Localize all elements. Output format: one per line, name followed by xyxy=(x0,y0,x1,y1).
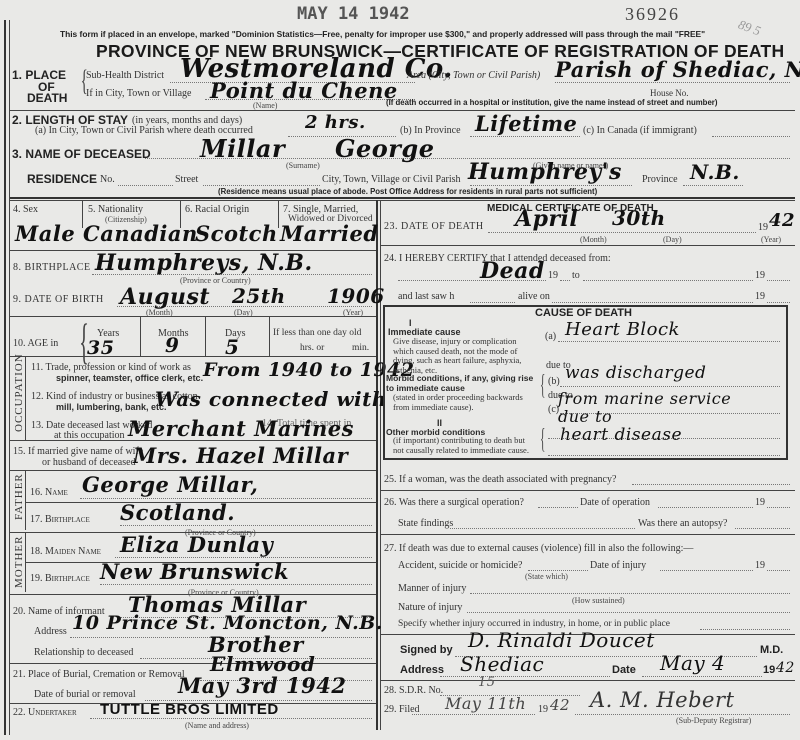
father-name-value: George Millar, xyxy=(82,472,258,497)
physician-address-label: Address xyxy=(400,664,444,676)
filed-date-value: May 11th xyxy=(445,694,526,713)
left-border-inner xyxy=(9,20,10,735)
pregnancy-question: 25. If a woman, was the death associated… xyxy=(384,474,616,485)
undertaker-caption: (Name and address) xyxy=(185,721,249,730)
mother-birthplace-label: 19. Birthplace xyxy=(30,573,90,584)
postal-notice: This form if placed in an envelope, mark… xyxy=(60,29,705,39)
morbid-label: Morbid conditions, if any, giving rise t… xyxy=(386,373,536,393)
operation-19: 19 xyxy=(755,497,765,508)
external-causes-question: 27. If death was due to external causes … xyxy=(384,543,693,554)
burial-place-label: 21. Place of Burial, Cremation or Remova… xyxy=(13,669,185,680)
dod-month-caption: (Month) xyxy=(580,235,607,244)
age-label: 10. AGE in xyxy=(13,338,58,349)
residence-province-value: N.B. xyxy=(690,160,740,184)
residence-city-value: Humphrey's xyxy=(468,159,622,185)
mother-maiden-label: 18. Maiden Name xyxy=(30,546,101,557)
name-of-deceased-label: 3. NAME OF DECEASED xyxy=(12,147,151,161)
birthplace-label: 8. BIRTHPLACE xyxy=(13,262,91,273)
birthplace-value: Humphreys, N.B. xyxy=(95,250,313,276)
surname-caption: (Surname) xyxy=(286,161,320,170)
dob-month: August xyxy=(120,284,210,310)
surgical-operation-question: 26. Was there a surgical operation? xyxy=(384,497,524,508)
nature-of-injury-label: Nature of injury xyxy=(398,602,462,613)
sex-label: 4. Sex xyxy=(13,204,38,215)
left-border xyxy=(4,20,6,735)
attended-19-a: 19 xyxy=(548,270,558,281)
signed-by-value: D. Rinaldi Doucet xyxy=(468,628,655,652)
received-stamp: MAY 14 1942 xyxy=(297,4,410,24)
md-label: M.D. xyxy=(760,644,783,656)
alive-on-19: 19 xyxy=(755,291,765,302)
signed-year: 42 xyxy=(776,660,795,676)
racial-origin-label: 6. Racial Origin xyxy=(185,204,249,215)
area-value: Parish of Shediac, N.B. xyxy=(555,57,800,82)
house-no-label: House No. xyxy=(650,88,689,98)
other-morbid-value: heart disease xyxy=(560,425,682,445)
spouse-label: 15. If married give name of wife xyxy=(13,446,143,457)
industry-value: Was connected with xyxy=(155,387,387,411)
name-caption: (Name) xyxy=(253,101,277,110)
other-morbid-desc: (if important) contributing to death but… xyxy=(393,436,536,455)
informant-address-value: 10 Prince St. Moncton, N.B. xyxy=(72,612,383,634)
filed-year-prefix: 19 xyxy=(538,704,548,715)
informant-address-label: Address xyxy=(34,626,67,637)
residence-note: (Residence means usual place of abode. P… xyxy=(218,187,597,196)
dob-year: 1906 xyxy=(327,284,385,308)
nationality-value: Canadian xyxy=(83,221,198,246)
state-which-caption: (State which) xyxy=(525,572,568,581)
sdr-no-value: 15 xyxy=(478,675,496,690)
marital-value: Married xyxy=(280,221,379,246)
registrar-signature: A. M. Hebert xyxy=(590,688,734,712)
alive-on-label: alive on xyxy=(518,291,550,302)
signed-date-label: Date xyxy=(612,664,636,676)
sub-health-district-label: Sub-Health District xyxy=(86,70,164,81)
cause-c-value: from marine service due to xyxy=(558,390,758,426)
dob-day: 25th xyxy=(232,284,286,308)
injury-19: 19 xyxy=(755,560,765,571)
dod-day-caption: (Day) xyxy=(663,235,682,244)
trade-sub-label: spinner, teamster, office clerk, etc. xyxy=(56,373,203,383)
signed-date-value: May 4 xyxy=(660,651,725,675)
physician-address-value: Shediac xyxy=(460,652,544,676)
attended-to-label: to xyxy=(572,270,580,281)
state-findings-label: State findings xyxy=(398,518,453,529)
undertaker-value: TUTTLE BROS LIMITED xyxy=(100,701,279,718)
attended-from-value: Dead xyxy=(480,258,545,284)
sex-value: Male xyxy=(15,221,75,246)
date-of-death-month: April xyxy=(515,206,578,232)
residence-street-label: Street xyxy=(175,174,198,185)
residence-label: RESIDENCE xyxy=(27,172,97,186)
cause-a-value: Heart Block xyxy=(565,319,680,340)
registration-number: 36926 xyxy=(625,4,680,25)
sdr-no-label: 28. S.D.R. No. xyxy=(384,685,443,696)
place-label-3: DEATH xyxy=(27,91,67,105)
dod-year-caption: (Year) xyxy=(761,235,781,244)
attended-19-b: 19 xyxy=(755,270,765,281)
date-of-death-year: 42 xyxy=(769,210,795,231)
signed-year-prefix: 19 xyxy=(763,664,775,676)
mother-side-label: MOTHER xyxy=(13,536,25,588)
trade-label: 11. Trade, profession or kind of work as xyxy=(31,362,191,373)
nationality-label: 5. Nationality xyxy=(88,204,143,215)
date-of-death-day: 30th xyxy=(612,206,666,230)
mother-maiden-value: Eliza Dunlay xyxy=(120,532,273,557)
residence-no-label: No. xyxy=(100,174,115,185)
cause-b-value: was discharged xyxy=(565,363,706,383)
last-saw-label: and last saw h xyxy=(398,291,454,302)
registrar-caption: (Sub-Deputy Registrar) xyxy=(676,716,751,725)
signed-by-label: Signed by xyxy=(400,644,453,656)
manner-of-injury-label: Manner of injury xyxy=(398,583,466,594)
date-of-death-label: 23. DATE OF DEATH xyxy=(384,221,484,232)
occupation-side-label: OCCUPATION xyxy=(13,353,25,432)
cause-a-label: (a) xyxy=(545,331,556,342)
dob-label: 9. DATE OF BIRTH xyxy=(13,294,104,305)
father-birthplace-label: 17. Birthplace xyxy=(30,514,90,525)
pencil-note: 89 5 xyxy=(736,17,763,40)
residence-city-label: City, Town, Village or Civil Parish xyxy=(322,174,461,185)
date-of-operation-label: Date of operation xyxy=(580,497,650,508)
father-side-label: FATHER xyxy=(13,473,25,520)
mother-birthplace-value: New Brunswick xyxy=(100,559,289,584)
spouse-value: Mrs. Hazel Millar xyxy=(133,443,348,468)
deceased-surname: Millar xyxy=(200,134,285,163)
stay-city-value: 2 hrs. xyxy=(305,112,366,133)
father-birthplace-value: Scotland. xyxy=(120,500,235,525)
date-of-injury-label: Date of injury xyxy=(590,560,646,571)
filed-year-value: 42 xyxy=(550,696,570,714)
area-label: Area (City, Town or Civil Parish) xyxy=(407,70,540,81)
date-of-death-year-prefix: 19 xyxy=(758,222,768,233)
racial-origin-value: Scotch xyxy=(195,221,278,246)
deceased-given-names: George xyxy=(335,134,434,163)
autopsy-label: Was there an autopsy? xyxy=(638,518,727,529)
undertaker-label: 22. Undertaker xyxy=(13,707,77,718)
burial-date-value: May 3rd 1942 xyxy=(178,673,346,698)
age-months: 9 xyxy=(165,333,179,357)
hrs-label: hrs. or xyxy=(300,343,324,353)
date-last-worked-value: Merchant Marines xyxy=(128,416,354,441)
industry-sub-label: mill, lumbering, bank, etc. xyxy=(56,402,167,412)
accident-label: Accident, suicide or homicide? xyxy=(398,560,522,571)
city-label: If in City, Town or Village xyxy=(86,88,191,99)
min-label: min. xyxy=(352,343,369,353)
cause-of-death-title: CAUSE OF DEATH xyxy=(535,307,632,319)
spouse-label-2: or husband of deceased xyxy=(42,457,136,468)
burial-date-label: Date of burial or removal xyxy=(34,689,136,700)
residence-province-label: Province xyxy=(642,174,678,185)
stay-province-value: Lifetime xyxy=(475,111,577,136)
hospital-note: (If death occurred in a hospital or inst… xyxy=(386,98,717,107)
morbid-desc: (stated in order proceeding backwards fr… xyxy=(393,393,533,412)
immediate-cause-desc: Give disease, injury or complication whi… xyxy=(393,337,533,375)
stay-canada-label: (c) In Canada (if immigrant) xyxy=(583,125,697,136)
city-value: Point du Chene xyxy=(210,78,398,103)
less-than-day-label: If less than one day old xyxy=(273,328,361,338)
relationship-label: Relationship to deceased xyxy=(34,647,133,658)
cause-b-label: (b) xyxy=(548,376,560,387)
father-name-label: 16. Name xyxy=(30,487,68,498)
how-sustained-caption: (How sustained) xyxy=(572,596,625,605)
